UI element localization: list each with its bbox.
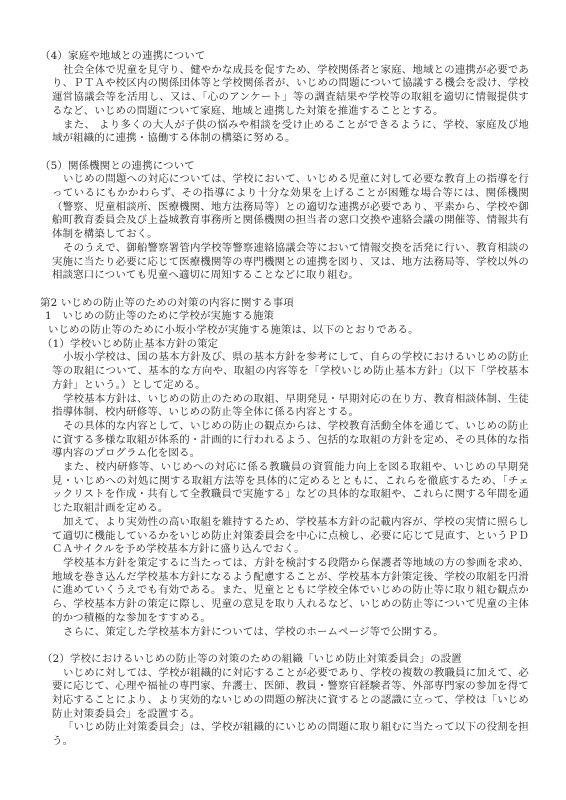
section-5-paragraph-1: いじめの問題への対応については、学校において、いじめる児童に対して必要な教育上の… [52,173,529,242]
section-1-paragraph-7: さらに、策定した学校基本方針については、学校のホームページ等で公開する。 [52,626,529,640]
part-2-intro: いじめの防止等のために小坂小学校が実施する施策は、以下のとおりである。 [48,324,529,338]
part-2-subheading-1: 1 いじめの防止等のために学校が実施する施策 [45,310,529,324]
section-1-paragraph-6: 学校基本方針を策定するに当たっては、方針を検討する段階から保護者等地域の方の参画… [52,557,529,626]
document-page: （4）家庭や地域との連携について 社会全体で児童を見守り、健やかな成長を促すため… [0,0,566,800]
section-2-committee: （2）学校におけるいじめの防止等の対策のための組織「いじめ防止対策委員会」の設置… [40,653,529,749]
section-1-basic-policy: （1）学校いじめ防止基本方針の策定 小坂小学校は、国の基本方針及び、県の基本方針… [40,338,529,639]
section-4-family-community: （4）家庭や地域との連携について 社会全体で児童を見守り、健やかな成長を促すため… [40,50,529,146]
section-1-paragraph-5: 加えて、より実効性の高い取組を維持するため、学校基本方針の記載内容が、学校の実情… [52,516,529,557]
section-4-paragraph-1: 社会全体で児童を見守り、健やかな成長を促すため、学校関係者と家庭、地域との連携が… [52,64,529,119]
section-2-paragraph-1: いじめに対しては、学校が組織的に対応することが必要であり、学校の複数の教職員に加… [52,667,529,722]
section-5-heading: （5）関係機関との連携について [40,160,529,174]
section-1-paragraph-4: また、校内研修等、いじめへの対応に係る教職員の資質能力向上を図る取組や、いじめの… [52,461,529,516]
section-5-paragraph-2: そのうえで、御船警察署管内学校等警察連絡協議会等において情報交換を活発に行い、教… [52,242,529,283]
section-5-related-agencies: （5）関係機関との連携について いじめの問題への対応については、学校において、い… [40,160,529,283]
section-2-heading: （2）学校におけるいじめの防止等の対策のための組織「いじめ防止対策委員会」の設置 [42,653,529,667]
section-4-paragraph-2: また、 より多くの大人が子供の悩みや相談を受け止めることができるように、学校、家… [52,119,529,146]
section-1-paragraph-1: 小坂小学校は、国の基本方針及び、県の基本方針を参考にして、自らの学校におけるいじ… [52,351,529,392]
section-1-paragraph-2: 学校基本方針は、いじめの防止のための取組、早期発見・早期対応の在り方、教育相談体… [52,393,529,420]
section-2-paragraph-2: 「いじめ防止対策委員会」は、学校が組織的にいじめの問題に取り組むに当たって以下の… [52,721,529,748]
section-1-paragraph-3: その具体的な内容として、いじめの防止の観点からは、学校教育活動全体を通じて、いじ… [52,420,529,461]
part-2-heading: 第2 いじめの防止等のための対策の内容に関する事項 [40,297,529,311]
section-1-heading: （1）学校いじめ防止基本方針の策定 [42,338,529,352]
part-2-block: 第2 いじめの防止等のための対策の内容に関する事項 1 いじめの防止等のために学… [40,297,529,338]
section-4-heading: （4）家庭や地域との連携について [40,50,529,64]
